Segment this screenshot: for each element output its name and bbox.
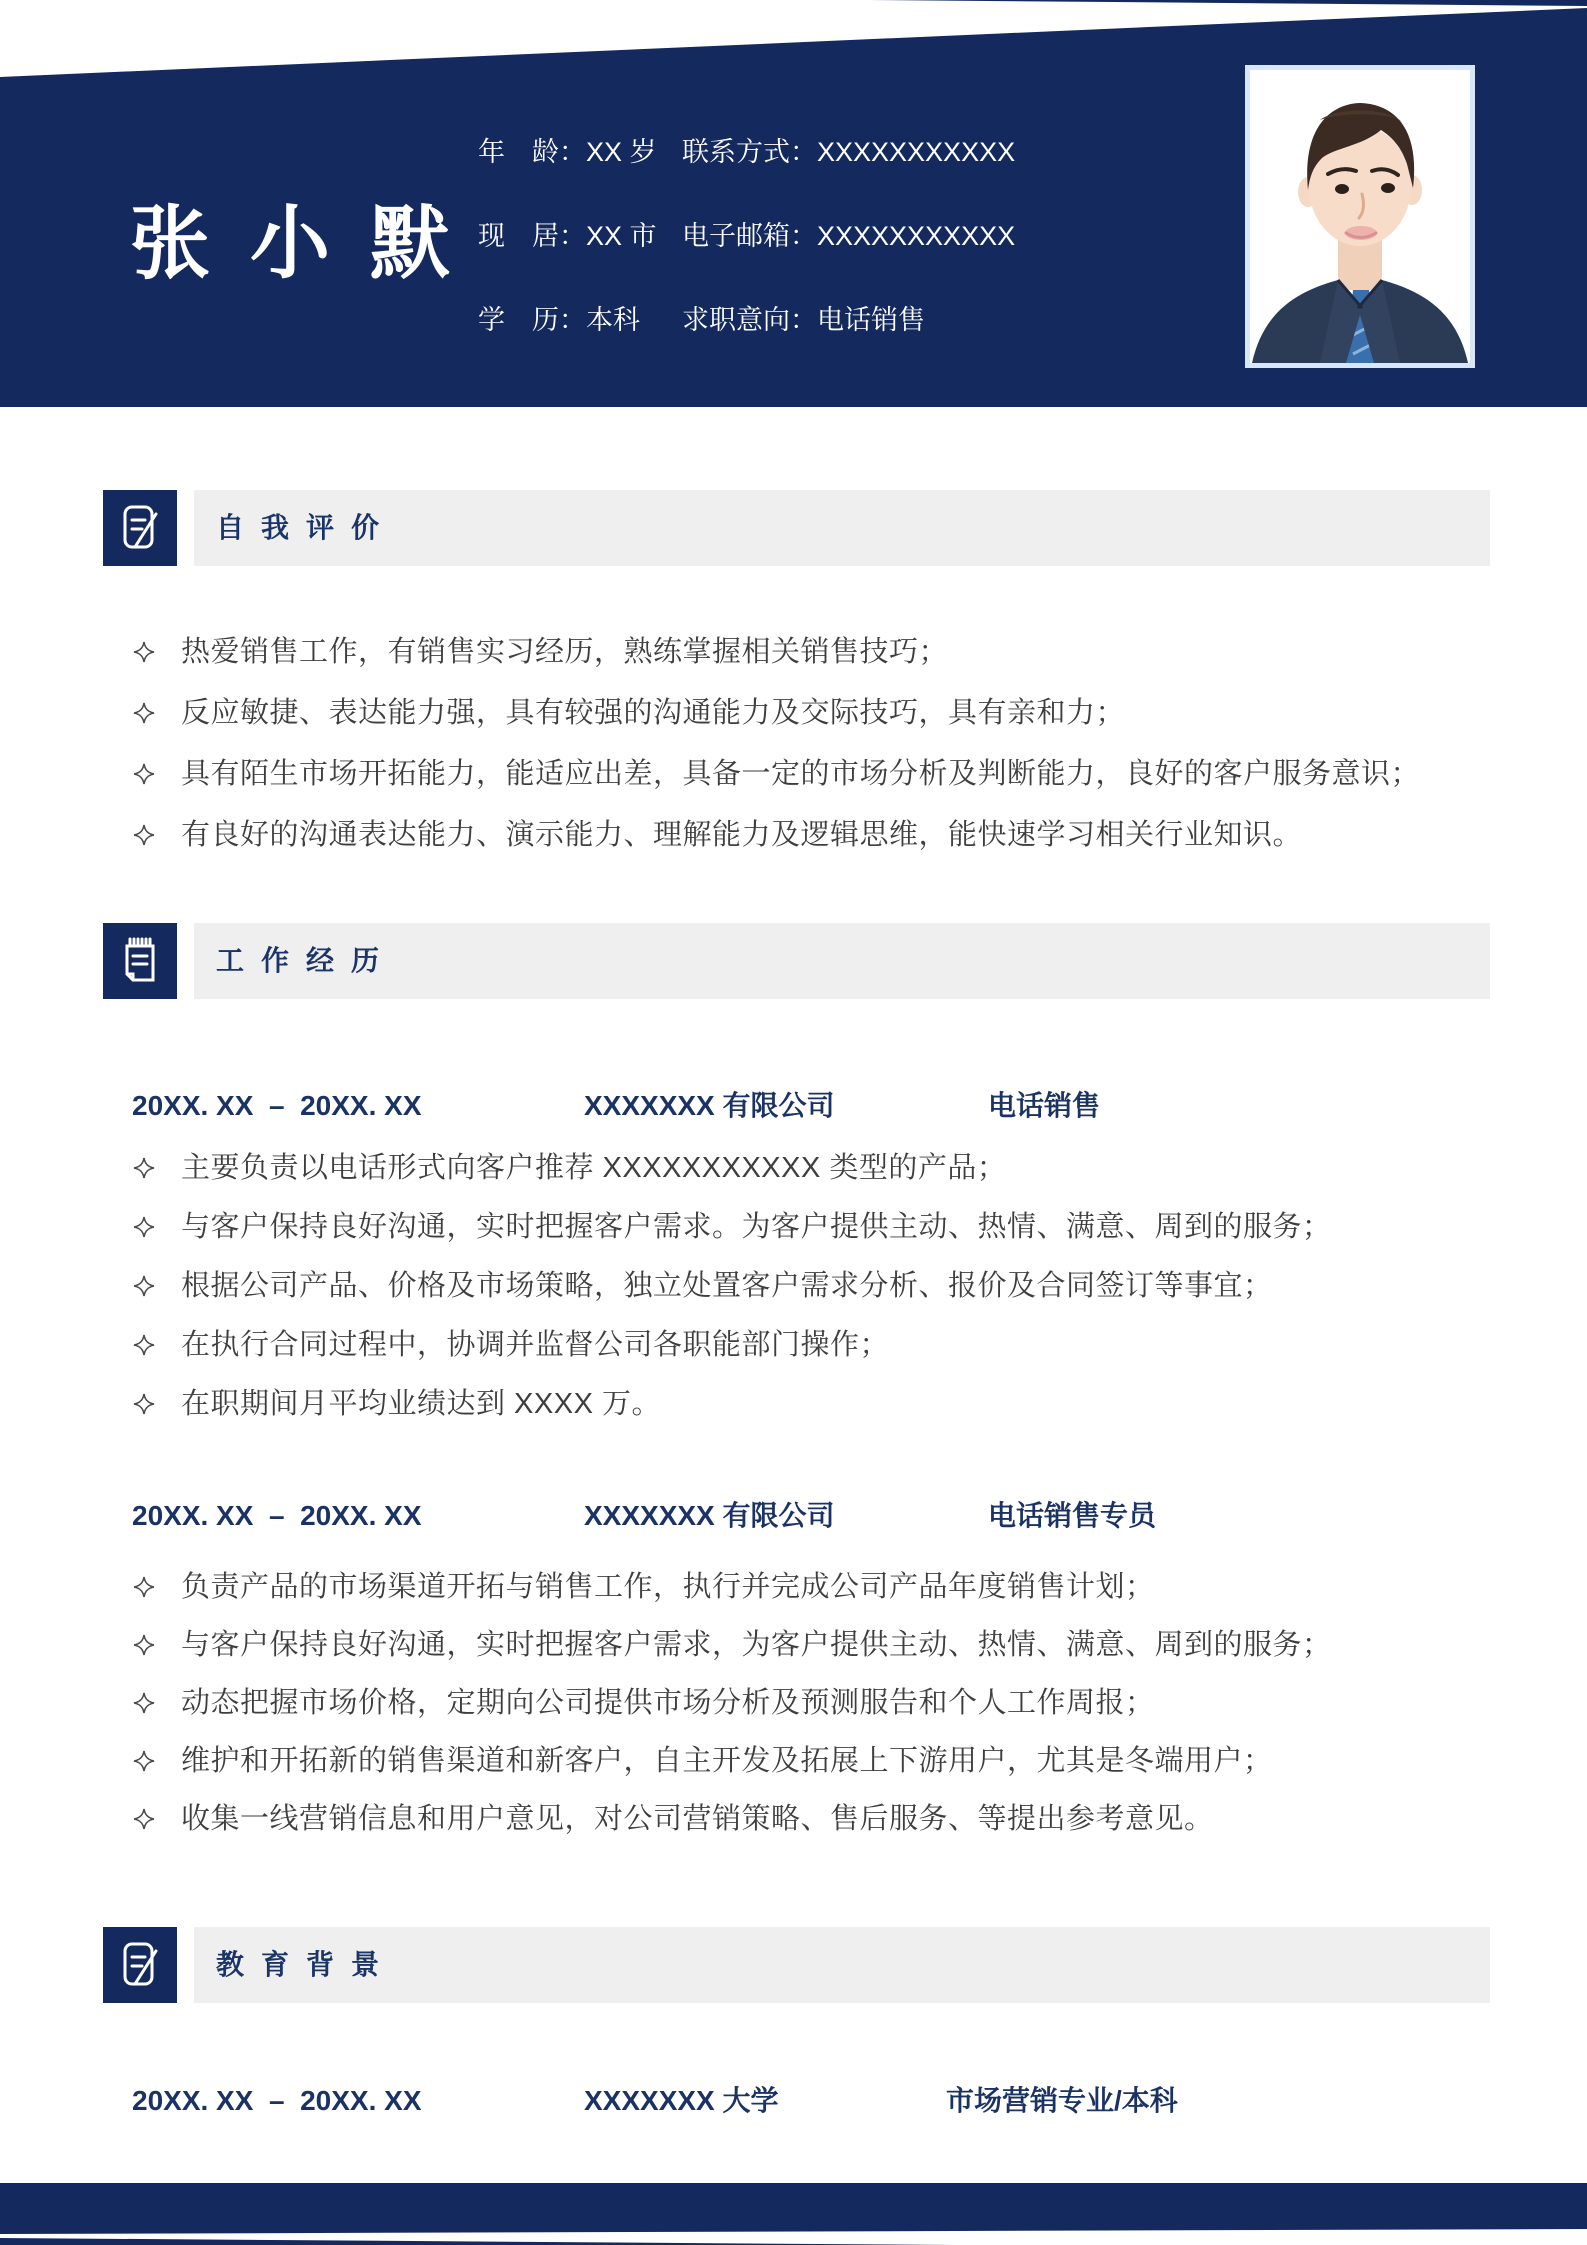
job-period: 20XX. XX – 20XX. XX [132,1088,422,1124]
info-phone: 联系方式：XXXXXXXXXXX [682,133,1015,171]
sparkle-bullet-icon [132,1147,181,1189]
bullet-text: 根据公司产品、价格及市场策略，独立处置客户需求分析、报价及合同签订等事宜； [181,1265,1273,1307]
job-company: XXXXXXX 有限公司 [584,1498,835,1534]
list-item: 有良好的沟通表达能力、演示能力、理解能力及逻辑思维，能快速学习相关行业知识。 [132,814,1522,856]
list-item: 在职期间月平均业绩达到 XXXX 万。 [132,1383,1522,1425]
section-education-header: 教育背景 [103,1927,1490,2003]
document-pencil-icon [103,1927,177,2003]
list-item: 具有陌生市场开拓能力，能适应出差，具备一定的市场分析及判断能力，良好的客户服务意… [132,753,1522,795]
sparkle-bullet-icon [132,1624,181,1666]
bullet-text: 有良好的沟通表达能力、演示能力、理解能力及逻辑思维，能快速学习相关行业知识。 [181,814,1302,856]
list-item: 在执行合同过程中，协调并监督公司各职能部门操作； [132,1324,1522,1366]
bullet-text: 与客户保持良好沟通，实时把握客户需求。为客户提供主动、热情、满意、周到的服务； [181,1206,1332,1248]
resume-page: 张小默 年 龄：XX 岁 联系方式：XXXXXXXXXXX 现 居：XX 市 电… [0,0,1587,2245]
list-item: 主要负责以电话形式向客户推荐 XXXXXXXXXXX 类型的产品； [132,1147,1522,1189]
section-title: 自我评价 [216,490,396,566]
sparkle-bullet-icon [132,1324,181,1366]
sparkle-bullet-icon [132,753,181,795]
bullet-text: 反应敏捷、表达能力强，具有较强的沟通能力及交际技巧，具有亲和力； [181,692,1125,734]
footer-corner-wedge [0,2236,1587,2245]
sparkle-bullet-icon [132,631,181,673]
info-job-objective: 求职意向：电话销售 [682,301,925,339]
job-header: 20XX. XX – 20XX. XX XXXXXXX 有限公司 电话销售专员 [132,1498,1522,1534]
list-item: 负责产品的市场渠道开拓与销售工作，执行并完成公司产品年度销售计划； [132,1566,1522,1608]
bullet-text: 与客户保持良好沟通，实时把握客户需求，为客户提供主动、热情、满意、周到的服务； [181,1624,1332,1666]
portrait-illustration [1250,70,1470,363]
sparkle-bullet-icon [132,1206,181,1248]
sparkle-bullet-icon [132,1383,181,1425]
bullet-text: 负责产品的市场渠道开拓与销售工作，执行并完成公司产品年度销售计划； [181,1566,1155,1608]
job-period: 20XX. XX – 20XX. XX [132,1498,422,1534]
info-email: 电子邮箱：XXXXXXXXXXX [682,217,1015,255]
section-title: 教育背景 [216,1927,396,2003]
sparkle-bullet-icon [132,1798,181,1840]
document-pencil-icon [103,490,177,566]
list-item: 动态把握市场价格，定期向公司提供市场分析及预测服告和个人工作周报； [132,1682,1522,1724]
job2-duty-list: 负责产品的市场渠道开拓与销售工作，执行并完成公司产品年度销售计划； 与客户保持良… [132,1566,1522,1856]
sparkle-bullet-icon [132,1265,181,1307]
sparkle-bullet-icon [132,692,181,734]
section-work-experience-header: 工作经历 [103,923,1490,999]
self-evaluation-list: 热爱销售工作，有销售实习经历，熟练掌握相关销售技巧； 反应敏捷、表达能力强，具有… [132,631,1522,875]
info-city: 现 居：XX 市 [478,217,657,255]
education-school: XXXXXXX 大学 [584,2083,779,2119]
list-item: 维护和开拓新的销售渠道和新客户，自主开发及拓展上下游用户，尤其是冬端用户； [132,1740,1522,1782]
notepad-icon [103,923,177,999]
section-title: 工作经历 [216,923,396,999]
job-role: 电话销售 [988,1088,1100,1124]
bullet-text: 在职期间月平均业绩达到 XXXX 万。 [181,1383,661,1425]
footer-band [0,2183,1587,2235]
sparkle-bullet-icon [132,1682,181,1724]
job-header: 20XX. XX – 20XX. XX XXXXXXX 有限公司 电话销售 [132,1088,1522,1124]
bullet-text: 具有陌生市场开拓能力，能适应出差，具备一定的市场分析及判断能力，良好的客户服务意… [181,753,1420,795]
info-degree: 学 历：本科 [478,301,640,339]
education-row: 20XX. XX – 20XX. XX XXXXXXX 大学 市场营销专业/本科 [132,2083,1522,2119]
job1-duty-list: 主要负责以电话形式向客户推荐 XXXXXXXXXXX 类型的产品； 与客户保持良… [132,1147,1522,1442]
job-company: XXXXXXX 有限公司 [584,1088,835,1124]
section-self-evaluation-header: 自我评价 [103,490,1490,566]
sparkle-bullet-icon [132,814,181,856]
job-role: 电话销售专员 [988,1498,1156,1534]
sparkle-bullet-icon [132,1566,181,1608]
bullet-text: 热爱销售工作，有销售实习经历，熟练掌握相关销售技巧； [181,631,948,673]
sparkle-bullet-icon [132,1740,181,1782]
list-item: 反应敏捷、表达能力强，具有较强的沟通能力及交际技巧，具有亲和力； [132,692,1522,734]
list-item: 与客户保持良好沟通，实时把握客户需求，为客户提供主动、热情、满意、周到的服务； [132,1624,1522,1666]
bullet-text: 在执行合同过程中，协调并监督公司各职能部门操作； [181,1324,889,1366]
list-item: 收集一线营销信息和用户意见，对公司营销策略、售后服务、等提出参考意见。 [132,1798,1522,1840]
list-item: 根据公司产品、价格及市场策略，独立处置客户需求分析、报价及合同签订等事宜； [132,1265,1522,1307]
list-item: 与客户保持良好沟通，实时把握客户需求。为客户提供主动、热情、满意、周到的服务； [132,1206,1522,1248]
education-major: 市场营销专业/本科 [946,2083,1178,2119]
bullet-text: 动态把握市场价格，定期向公司提供市场分析及预测服告和个人工作周报； [181,1682,1155,1724]
bullet-text: 主要负责以电话形式向客户推荐 XXXXXXXXXXX 类型的产品； [181,1147,1006,1189]
bullet-text: 收集一线营销信息和用户意见，对公司营销策略、售后服务、等提出参考意见。 [181,1798,1214,1840]
info-age: 年 龄：XX 岁 [478,133,657,171]
bullet-text: 维护和开拓新的销售渠道和新客户，自主开发及拓展上下游用户，尤其是冬端用户； [181,1740,1273,1782]
list-item: 热爱销售工作，有销售实习经历，熟练掌握相关销售技巧； [132,631,1522,673]
candidate-photo [1245,65,1475,368]
header-corner-wedge [0,0,1587,10]
education-period: 20XX. XX – 20XX. XX [132,2083,422,2119]
